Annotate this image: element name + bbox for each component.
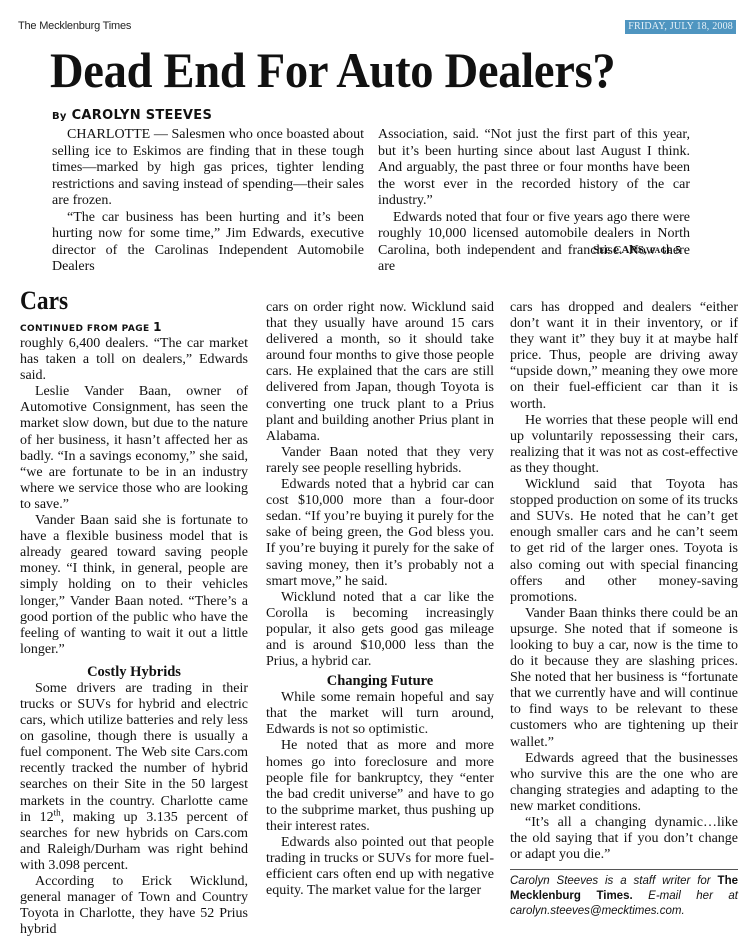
paragraph: He worries that these people will end up…	[510, 413, 738, 477]
continued-page-number: 1	[153, 320, 162, 334]
paragraph: Edwards agreed that the businesses who s…	[510, 751, 738, 815]
paragraph: Wicklund noted that a car like the Corol…	[266, 590, 494, 670]
lead-paragraph: Association, said. “Not just the first p…	[378, 127, 690, 210]
lead-paragraph: CHARLOTTE — Salesmen who once boasted ab…	[52, 127, 364, 210]
paragraph: roughly 6,400 dealers. “The car market h…	[20, 336, 248, 384]
paragraph: He noted that as more and more homes go …	[266, 738, 494, 835]
byline: By CAROLYN STEEVES	[52, 108, 212, 123]
paragraph: Vander Baan noted that they very rarely …	[266, 445, 494, 477]
column-1: roughly 6,400 dealers. “The car market h…	[20, 336, 248, 938]
paragraph: cars has dropped and dealers “either don…	[510, 300, 738, 413]
section-title: Cars	[20, 286, 68, 316]
author-bio: Carolyn Steeves is a staff writer for Th…	[510, 869, 738, 919]
lead-paragraph: “The car business has been hurting and i…	[52, 210, 364, 276]
superscript: th	[54, 807, 61, 817]
byline-author: CAROLYN STEEVES	[72, 108, 213, 123]
date-badge: FRIDAY, JULY 18, 2008	[625, 20, 736, 34]
byline-prefix: By	[52, 111, 67, 122]
headline: Dead End For Auto Dealers?	[50, 40, 682, 100]
paragraph: Leslie Vander Baan, owner of Automotive …	[20, 384, 248, 513]
paragraph: cars on order right now. Wicklund said t…	[266, 300, 494, 445]
column-3: cars has dropped and dealers “either don…	[510, 300, 738, 919]
paragraph: “It’s all a changing dynamic…like the ol…	[510, 815, 738, 863]
lead-paragraph: Edwards noted that four or five years ag…	[378, 210, 690, 276]
continued-text: CONTINUED FROM PAGE	[20, 324, 150, 334]
continued-label: CONTINUED FROM PAGE 1	[20, 320, 162, 334]
paragraph: Vander Baan said she is fortunate to hav…	[20, 513, 248, 658]
paragraph: According to Erick Wicklund, general man…	[20, 874, 248, 938]
paragraph: Edwards noted that a hybrid car can cost…	[266, 477, 494, 590]
subhead-costly-hybrids: Costly Hybrids	[20, 663, 248, 681]
subhead-changing-future: Changing Future	[266, 672, 494, 690]
paragraph: Vander Baan thinks there could be an ups…	[510, 606, 738, 751]
paragraph: Some drivers are trading in their trucks…	[20, 681, 248, 874]
paragraph-text: Some drivers are trading in their trucks…	[20, 681, 248, 825]
paragraph: Edwards also pointed out that people tra…	[266, 835, 494, 899]
bio-text: Carolyn Steeves is a staff writer for	[510, 875, 711, 887]
jump-link-see-cars[interactable]: See CARS, page 5	[593, 244, 681, 256]
paragraph: Wicklund said that Toyota has stopped pr…	[510, 477, 738, 606]
column-2: cars on order right now. Wicklund said t…	[266, 300, 494, 899]
paragraph-text: , making up 3.135 percent of searches fo…	[20, 810, 248, 873]
lead-column-left: CHARLOTTE — Salesmen who once boasted ab…	[52, 127, 364, 276]
paragraph: While some remain hopeful and say that t…	[266, 690, 494, 738]
masthead: The Mecklenburg Times	[18, 20, 131, 32]
